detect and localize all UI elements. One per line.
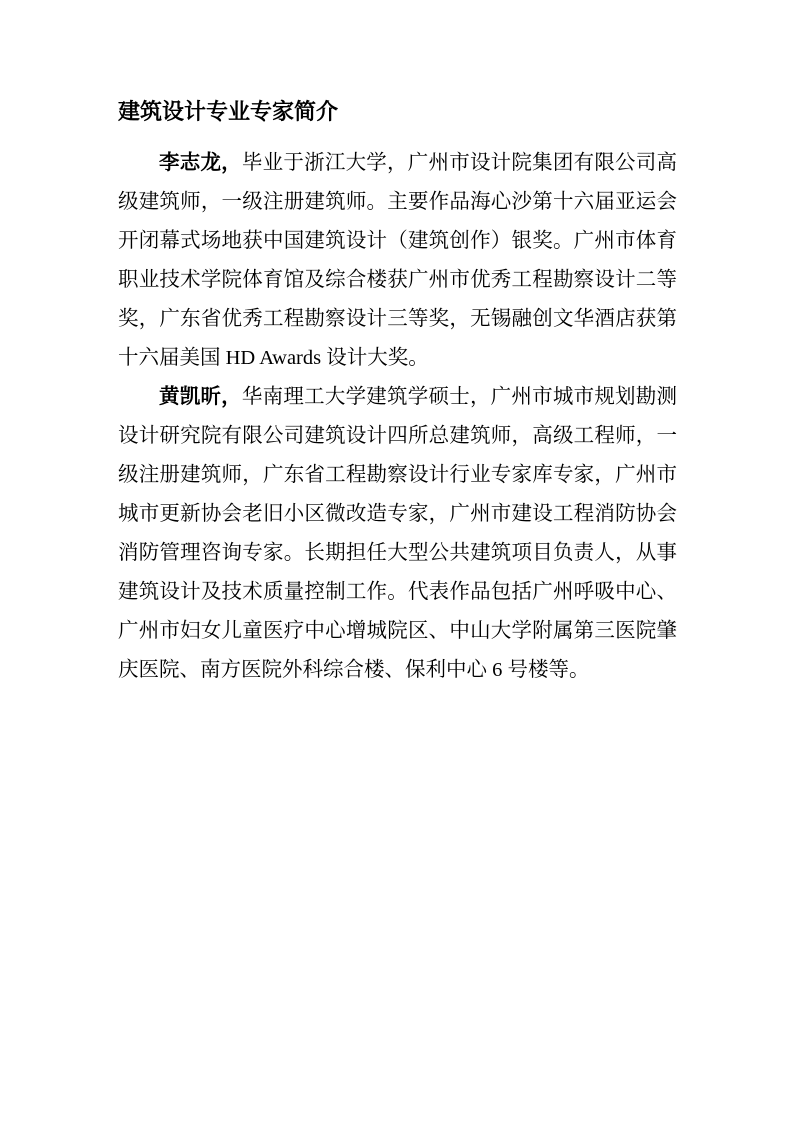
expert-paragraph-huang-kaixin: 黄凯昕，华南理工大学建筑学硕士，广州市城市规划勘测设计研究院有限公司建筑设计四所…	[118, 378, 677, 690]
expert-name: 黄凯昕，	[159, 386, 242, 408]
expert-bio-text: 毕业于浙江大学，广州市设计院集团有限公司高级建筑师，一级注册建筑师。主要作品海心…	[118, 152, 677, 369]
document-page: 建筑设计专业专家简介 李志龙，毕业于浙江大学，广州市设计院集团有限公司高级建筑师…	[0, 0, 794, 1123]
document-title: 建筑设计专业专家简介	[118, 100, 677, 124]
expert-paragraph-li-zhilong: 李志龙，毕业于浙江大学，广州市设计院集团有限公司高级建筑师，一级注册建筑师。主要…	[118, 144, 677, 378]
expert-bio-text: 华南理工大学建筑学硕士，广州市城市规划勘测设计研究院有限公司建筑设计四所总建筑师…	[118, 386, 677, 681]
expert-name: 李志龙，	[159, 152, 242, 174]
document-content: 建筑设计专业专家简介 李志龙，毕业于浙江大学，广州市设计院集团有限公司高级建筑师…	[0, 0, 794, 690]
